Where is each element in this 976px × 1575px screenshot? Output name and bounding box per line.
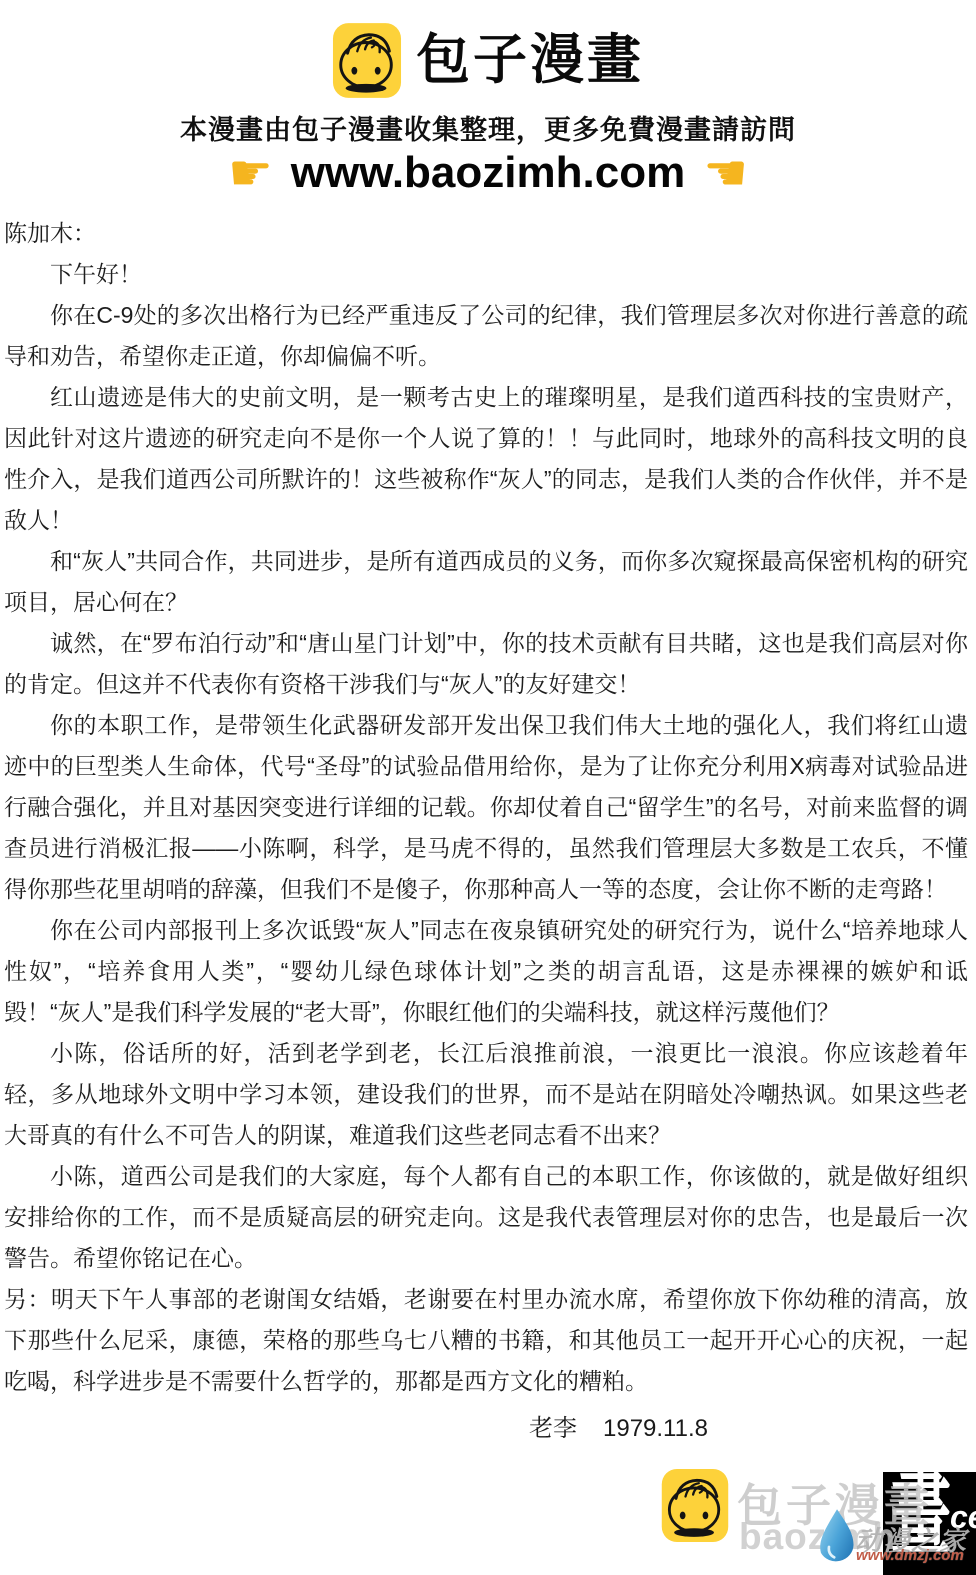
letter-paragraph: 和“灰人”共同合作，共同进步，是所有道西成员的义务，而你多次窥探最高保密机构的研… [4, 541, 968, 623]
pointing-right-hand-icon: ☛ [228, 148, 273, 198]
letter-body: 陈加木： 下午好！ 你在C-9处的多次出格行为已经严重违反了公司的纪律，我们管理… [4, 213, 968, 1449]
site-tagline: 本漫畫由包子漫畫收集整理，更多免費漫畫請訪問 [0, 108, 976, 147]
letter-paragraph: 下午好！ [4, 254, 968, 295]
letter-paragraph: 红山遗迹是伟大的史前文明，是一颗考古史上的璀璨明星，是我们道西科技的宝贵财产，因… [4, 377, 968, 541]
letter-paragraph: 你在C-9处的多次出格行为已经严重违反了公司的纪律，我们管理层多次对你进行善意的… [4, 295, 968, 377]
letter-paragraph: 诚然，在“罗布泊行动”和“唐山星门计划”中，你的技术贡献有目共睹，这也是我们高层… [4, 623, 968, 705]
dmzj-watermark-url: www.dmzj.com [856, 1547, 964, 1564]
site-url-row: ☛ www.baozimh.com ☚ [0, 148, 976, 198]
letter-signature-row: 老李 1979.11.8 [4, 1408, 968, 1449]
signature-date: 1979.11.8 [603, 1408, 708, 1449]
manga-page: 包子漫畫 本漫畫由包子漫畫收集整理，更多免費漫畫請訪問 ☛ www.baozim… [0, 0, 976, 1575]
pointing-left-hand-icon: ☚ [703, 148, 748, 198]
baozi-watermark-icon [660, 1468, 730, 1548]
dmzj-waterdrop-icon [810, 1508, 858, 1571]
letter-paragraph: 你在公司内部报刊上多次诋毁“灰人”同志在夜泉镇研究处的研究行为，说什么“培养地球… [4, 910, 968, 1033]
baozi-bun-icon [332, 22, 402, 99]
letter-postscript: 另：明天下午人事部的老谢闺女结婚，老谢要在村里办流水席，希望你放下你幼稚的清高，… [4, 1279, 968, 1402]
letter-paragraph: 小陈，俗话所的好，活到老学到老，长江后浪推前浪，一浪更比一浪浪。你应该趁着年轻，… [4, 1033, 968, 1156]
signature-name: 老李 [529, 1408, 577, 1449]
site-url: www.baozimh.com [291, 148, 685, 198]
letter-paragraph: 你的本职工作，是带领生化武器研发部开发出保卫我们伟大土地的强化人，我们将红山遗迹… [4, 705, 968, 910]
site-brand-title: 包子漫畫 [416, 31, 644, 90]
logo-row: 包子漫畫 [0, 22, 976, 99]
site-header: 包子漫畫 本漫畫由包子漫畫收集整理，更多免費漫畫請訪問 ☛ www.baozim… [0, 0, 976, 198]
letter-salutation: 陈加木： [4, 213, 968, 254]
letter-paragraph: 小陈，道西公司是我们的大家庭，每个人都有自己的本职工作，你该做的，就是做好组织安… [4, 1156, 968, 1279]
